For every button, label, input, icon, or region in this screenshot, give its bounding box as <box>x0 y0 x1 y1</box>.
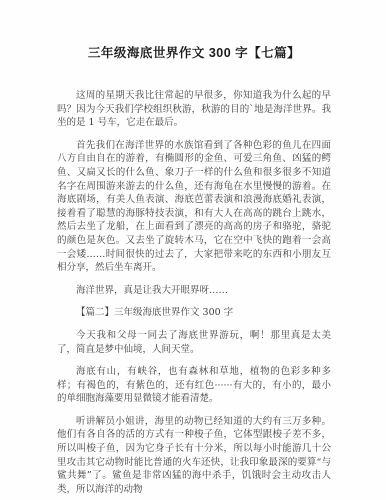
paragraph: 首先我们在海洋世界的水族馆看到了各种色彩的鱼儿在四面八方自由自在的游着，有椭圆形… <box>57 139 331 275</box>
paragraph: 听讲解员小姐讲，海里的动物已经知道的大约有三万多种。他们有各自各的活的方式有一种… <box>57 415 331 497</box>
paragraph: 海底有山，有峡谷，也有森林和草地，植物的色彩多种多样；有褐色的，有紫色的，还有红… <box>57 365 331 406</box>
paragraph: 海洋世界，真是让我大开眼界呀…… <box>57 284 331 298</box>
paragraph: 今天我和父母一同去了海底世界游玩，啊！那里真是太美了，简直是梦中仙境，人间天堂。 <box>57 329 331 356</box>
document-title: 三年级海底世界作文 300 字【七篇】 <box>57 46 331 61</box>
document-page: 三年级海底世界作文 300 字【七篇】 这周的星期天我比往常起的早很多，你知道我… <box>0 0 386 500</box>
section-heading: 【篇二】三年级海底世界作文 300 字 <box>57 306 331 320</box>
paragraph: 这周的星期天我比往常起的早很多，你知道我为什么起的早吗？因为今天我们学校组织秋游… <box>57 89 331 130</box>
